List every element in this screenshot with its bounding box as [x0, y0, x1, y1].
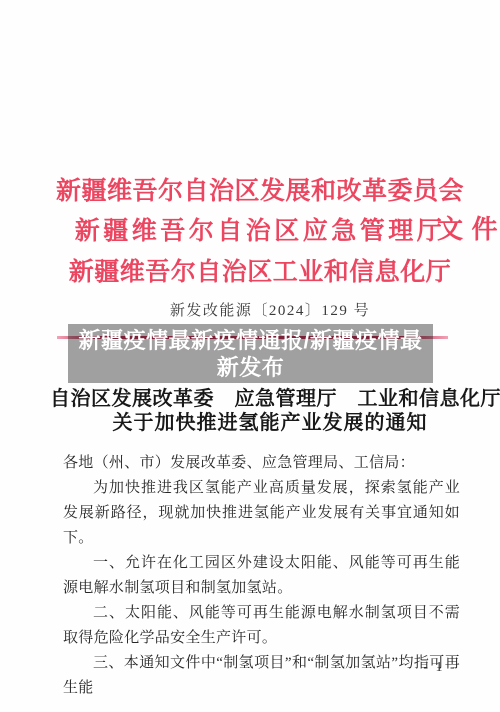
salutation: 各地（州、市）发展改革委、应急管理局、工信局： — [63, 451, 460, 476]
letterhead-doc-type-suffix: 文 件 — [437, 209, 499, 246]
document-body: 各地（州、市）发展改革委、应急管理局、工信局： 为加快推进我区氢能产业高质量发展… — [63, 451, 460, 701]
letterhead-org-2: 新疆维吾尔自治区应急管理厅 — [40, 211, 480, 247]
paragraph-item-1: 一、允许在化工园区外建设太阳能、风能等可再生能源电解水制氢项目和制氢加氢站。 — [63, 551, 460, 601]
headline-line-1: 新疆疫情最新疫情通报/新疆疫情最 — [78, 327, 422, 354]
headline-line-2: 新发布 — [217, 354, 285, 381]
document-page: 新疆维吾尔自治区发展和改革委员会 新疆维吾尔自治区应急管理厅 文 件 新疆维吾尔… — [0, 0, 500, 712]
headline-overlay-banner: 新疆疫情最新疫情通报/新疆疫情最 新发布 — [68, 324, 433, 383]
paragraph-intro: 为加快推进我区氢能产业高质量发展，探索氢能产业发展新路径，现就加快推进氢能产业发… — [63, 476, 460, 551]
paragraph-item-3: 三、本通知文件中“制氢项目”和“制氢加氢站”均指可再生能 — [63, 651, 460, 701]
document-title-line-2: 关于加快推进氢能产业发展的通知 — [50, 406, 490, 435]
page-number: - 1 - — [405, 660, 475, 676]
letterhead-org-3: 新疆维吾尔自治区工业和信息化厅 — [40, 252, 480, 288]
document-number: 新发改能源〔2024〕129 号 — [40, 299, 500, 320]
letterhead-org-1: 新疆维吾尔自治区发展和改革委员会 — [40, 171, 480, 207]
paragraph-item-2: 二、太阳能、风能等可再生能源电解水制氢项目不需取得危险化学品安全生产许可。 — [63, 601, 460, 651]
